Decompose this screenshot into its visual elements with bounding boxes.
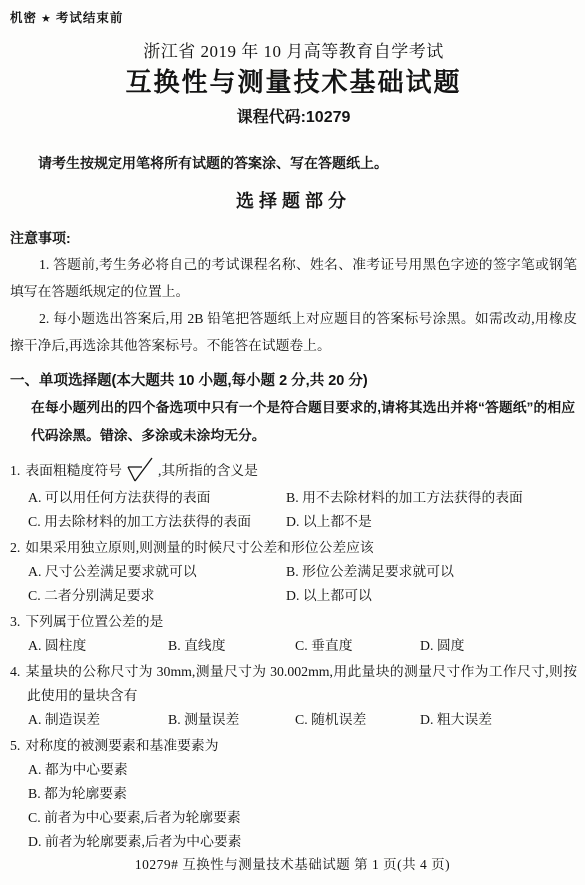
note-item-2: 2. 每小题选出答案后,用 2B 铅笔把答题纸上对应题目的答案标号涂黑。如需改动… xyxy=(10,305,577,359)
question-2-number: 2. xyxy=(10,540,20,555)
question-4-option-d: D. 粗大误差 xyxy=(420,708,577,732)
part1-sub-instruction: 在每小题列出的四个备选项中只有一个是符合题目要求的,请将其选出并将“答题纸”的相… xyxy=(31,394,575,450)
question-4-number: 4. xyxy=(10,664,20,679)
part1-heading: 一、单项选择题(本大题共 10 小题,每小题 2 分,共 20 分) xyxy=(10,371,577,391)
question-4-option-b: B. 测量误差 xyxy=(168,708,295,732)
question-3-option-d: D. 圆度 xyxy=(420,634,577,658)
question-2-option-b: B. 形位公差满足要求就可以 xyxy=(286,560,577,584)
question-2-option-c: C. 二者分别满足要求 xyxy=(28,584,286,608)
classification-banner: 机密★考试结束前 xyxy=(10,8,577,26)
question-3-option-c: C. 垂直度 xyxy=(295,634,420,658)
question-3-option-a: A. 圆柱度 xyxy=(28,634,168,658)
answer-sheet-instruction: 请考生按规定用笔将所有试题的答案涂、写在答题纸上。 xyxy=(10,154,577,172)
question-4-options: A. 制造误差 B. 测量误差 C. 随机误差 D. 粗大误差 xyxy=(28,708,577,732)
question-4-stem-text: 某量块的公称尺寸为 30mm,测量尺寸为 30.002mm,用此量块的测量尺寸作… xyxy=(25,664,577,703)
question-4-option-a: A. 制造误差 xyxy=(28,708,168,732)
question-5-option-d: D. 前者为轮廓要素,后者为中心要素 xyxy=(28,830,577,854)
star-icon: ★ xyxy=(37,13,56,25)
surface-roughness-icon xyxy=(125,457,155,484)
question-2-stem: 2.如果采用独立原则,则测量的时候尺寸公差和形位公差应该 xyxy=(10,536,577,560)
question-3-option-b: B. 直线度 xyxy=(168,634,295,658)
question-5-number: 5. xyxy=(10,738,20,753)
note-item-1: 1. 答题前,考生务必将自己的考试课程名称、姓名、准考证号用黑色字迹的签字笔或钢… xyxy=(10,251,577,305)
question-4-option-c: C. 随机误差 xyxy=(295,708,420,732)
question-3-stem-text: 下列属于位置公差的是 xyxy=(25,614,163,629)
question-5-options: A. 都为中心要素 B. 都为轮廓要素 C. 前者为中心要素,后者为轮廓要素 D… xyxy=(28,758,577,854)
question-1-stem: 1.表面粗糙度符号 ,其所指的含义是 xyxy=(10,456,577,486)
exam-title: 互换性与测量技术基础试题 xyxy=(10,66,577,98)
question-2-options: A. 尺寸公差满足要求就可以 B. 形位公差满足要求就可以 C. 二者分别满足要… xyxy=(28,560,577,608)
course-code: 课程代码:10279 xyxy=(10,104,577,127)
question-1-option-c: C. 用去除材料的加工方法获得的表面 xyxy=(28,510,286,534)
notes-heading: 注意事项: xyxy=(10,229,577,247)
question-5-stem: 5.对称度的被测要素和基准要素为 xyxy=(10,734,577,758)
question-1-option-b: B. 用不去除材料的加工方法获得的表面 xyxy=(286,486,577,510)
exam-page: 机密★考试结束前 浙江省 2019 年 10 月高等教育自学考试 互换性与测量技… xyxy=(0,0,585,885)
question-2-option-d: D. 以上都可以 xyxy=(286,584,577,608)
question-5-stem-text: 对称度的被测要素和基准要素为 xyxy=(25,738,218,753)
question-5-option-a: A. 都为中心要素 xyxy=(28,758,577,782)
question-1-stem-prefix: 表面粗糙度符号 xyxy=(25,463,122,478)
question-5-option-b: B. 都为轮廓要素 xyxy=(28,782,577,806)
exam-session-title: 浙江省 2019 年 10 月高等教育自学考试 xyxy=(10,37,577,62)
question-2-option-a: A. 尺寸公差满足要求就可以 xyxy=(28,560,286,584)
question-list: 1.表面粗糙度符号 ,其所指的含义是 A. 可以用任何方法获得的表面 B. 用不… xyxy=(10,456,577,854)
question-1-options: A. 可以用任何方法获得的表面 B. 用不去除材料的加工方法获得的表面 C. 用… xyxy=(28,486,577,534)
question-3-number: 3. xyxy=(10,614,20,629)
question-3-stem: 3.下列属于位置公差的是 xyxy=(10,610,577,634)
section-heading: 选择题部分 xyxy=(10,189,577,213)
question-1-option-d: D. 以上都不是 xyxy=(286,510,577,534)
question-1-number: 1. xyxy=(10,463,20,478)
question-3-options: A. 圆柱度 B. 直线度 C. 垂直度 D. 圆度 xyxy=(28,634,577,658)
page-footer: 10279# 互换性与测量技术基础试题 第 1 页(共 4 页) xyxy=(0,853,585,873)
question-1-option-a: A. 可以用任何方法获得的表面 xyxy=(28,486,286,510)
question-5-option-c: C. 前者为中心要素,后者为轮廓要素 xyxy=(28,806,577,830)
classification-label: 机密 xyxy=(10,11,37,25)
question-1-stem-suffix: ,其所指的含义是 xyxy=(158,463,258,478)
question-2-stem-text: 如果采用独立原则,则测量的时候尺寸公差和形位公差应该 xyxy=(25,540,373,555)
classification-suffix: 考试结束前 xyxy=(56,11,124,25)
question-4-stem: 4.某量块的公称尺寸为 30mm,测量尺寸为 30.002mm,用此量块的测量尺… xyxy=(10,660,577,708)
